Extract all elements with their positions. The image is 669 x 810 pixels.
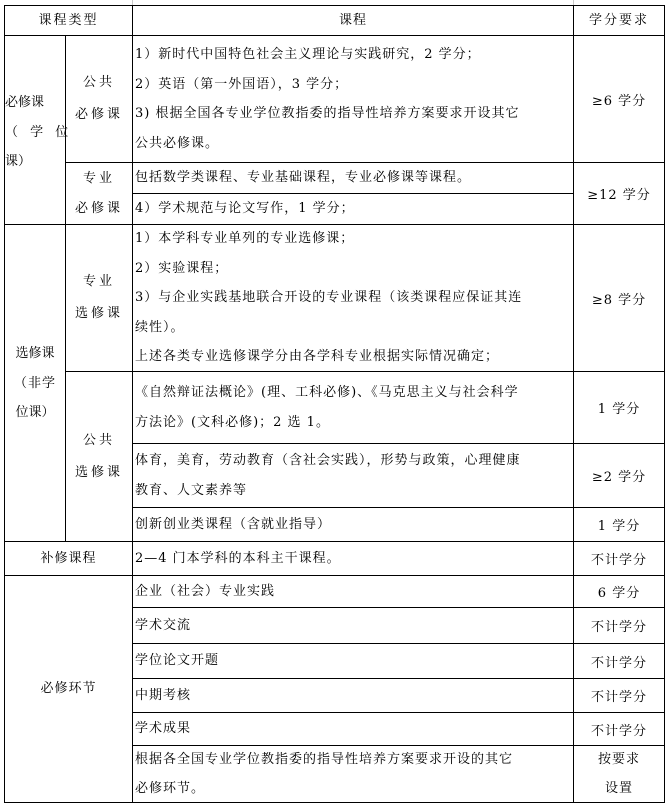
course-major-required-2: 4）学术规范与论文写作，1 学分； [133, 194, 573, 224]
table-border-right [664, 5, 665, 803]
credit-public-elective-3: 1 学分 [574, 508, 664, 541]
course-public-elective-2: 体育，美育，劳动教育（含社会实践），形势与政策，心理健康 教育、人文素养等 [133, 444, 573, 507]
header-course-type: 课程类型 [5, 6, 132, 35]
course-public-elective-1: 《自然辩证法概论》(理、工科必修)、《马克思主义与社会科学 方法论》(文科必修)… [133, 372, 573, 443]
credit-major-elective: ≥8 学分 [574, 225, 664, 371]
credit-link-midterm: 不计学分 [574, 679, 664, 712]
credit-public-elective-2: ≥2 学分 [574, 444, 664, 507]
credit-public-required: ≥6 学分 [574, 36, 664, 162]
course-link-results: 学术成果 [133, 713, 573, 745]
credit-link-proposal: 不计学分 [574, 644, 664, 678]
credit-link-exchange: 不计学分 [574, 608, 664, 643]
credit-supplementary: 不计学分 [574, 542, 664, 575]
course-major-required-1: 包括数学类课程、专业基础课程，专业必修课等课程。 [133, 163, 573, 193]
header-credit: 学分要求 [574, 6, 664, 35]
category-required: 必修课 （ 学 位 课） [5, 36, 65, 224]
course-link-midterm: 中期考核 [133, 679, 573, 712]
subtype-public-elective: 公共 选修课 [66, 372, 132, 541]
category-required-links: 必修环节 [5, 576, 132, 802]
subtype-public-required: 公共 必修课 [66, 36, 132, 162]
course-major-elective: 1）本学科专业单列的专业选修课； 2）实验课程； 3）与企业实践基地联合开设的专… [133, 225, 573, 371]
credit-public-elective-1: 1 学分 [574, 372, 664, 443]
credit-link-other: 按要求 设置 [574, 746, 664, 802]
subtype-major-required: 专业 必修课 [66, 163, 132, 224]
credit-link-results: 不计学分 [574, 713, 664, 745]
course-link-practice: 企业（社会）专业实践 [133, 576, 573, 607]
credit-link-practice: 6 学分 [574, 576, 664, 607]
course-link-other: 根据各全国专业学位教指委的指导性培养方案要求开设的其它 必修环节。 [133, 746, 573, 802]
header-course: 课程 [133, 6, 573, 35]
category-elective: 选修课 （非学 位课） [5, 225, 65, 541]
course-link-proposal: 学位论文开题 [133, 644, 573, 678]
subtype-major-elective: 专业 选修课 [66, 225, 132, 371]
course-public-elective-3: 创新创业类课程（含就业指导） [133, 508, 573, 541]
category-supplementary: 补修课程 [5, 542, 132, 575]
course-link-exchange: 学术交流 [133, 608, 573, 643]
course-supplementary: 2—4 门本学科的本科主干课程。 [133, 542, 573, 575]
credit-major-required: ≥12 学分 [574, 163, 664, 224]
course-public-required: 1）新时代中国特色社会主义理论与实践研究，2 学分； 2）英语（第一外国语），3… [133, 36, 573, 162]
curriculum-table: 课程类型 课程 学分要求 必修课 （ 学 位 课） 公共 必修课 1）新时代中国… [0, 0, 669, 810]
